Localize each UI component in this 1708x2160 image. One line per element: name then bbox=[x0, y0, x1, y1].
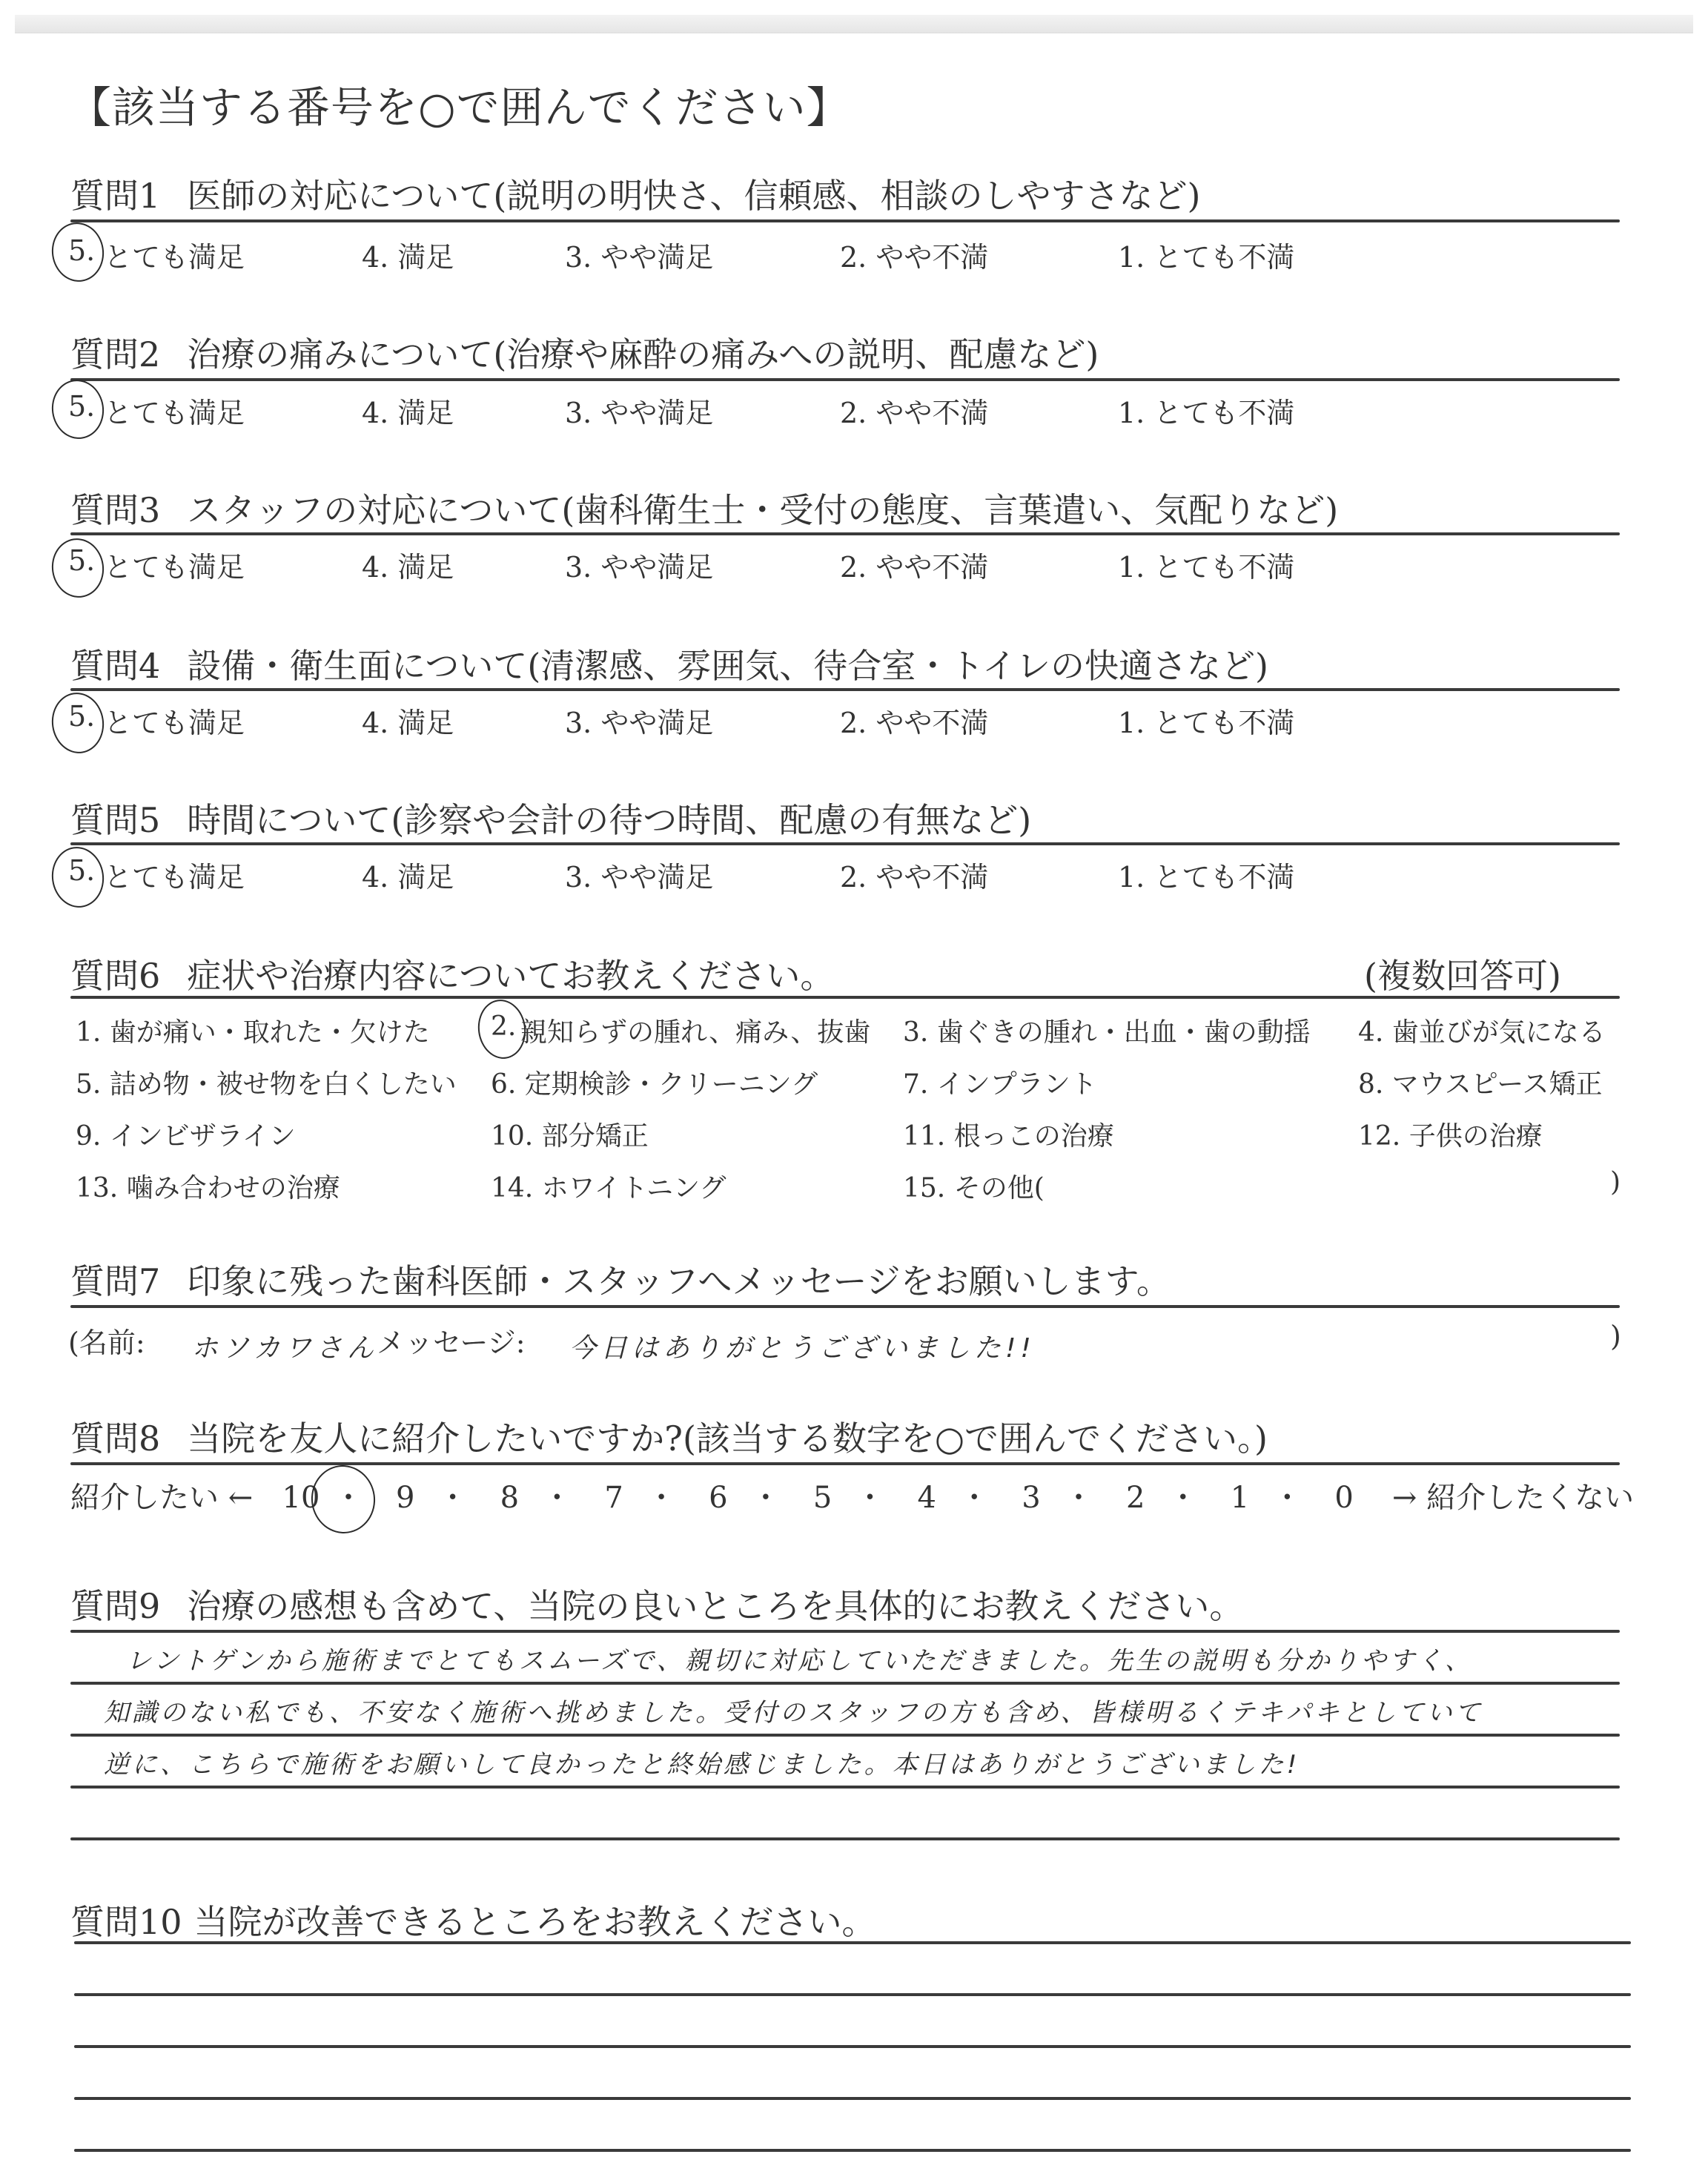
question-6-number: 質問6 bbox=[70, 956, 160, 996]
q1-option-2[interactable]: 2. やや不満 bbox=[840, 234, 988, 275]
answer-rule bbox=[70, 1682, 1620, 1685]
form-title: 【該当する番号を○で囲んでください】 bbox=[68, 73, 850, 135]
question-2-rule bbox=[70, 378, 1620, 381]
question-8-number: 質問8 bbox=[70, 1418, 160, 1459]
q6-option-7[interactable]: 7. インプラント bbox=[903, 1063, 1097, 1101]
multiple-answers-note: (複数回答可) bbox=[1364, 949, 1561, 998]
question-8-rule bbox=[70, 1462, 1620, 1465]
question-4-heading: 質問4設備・衛生面について(清潔感、雰囲気、待合室・トイレの快適さなど) bbox=[70, 639, 1268, 688]
question-3-text: スタッフの対応について(歯科衛生士・受付の態度、言葉遣い、気配りなど) bbox=[187, 490, 1338, 530]
q6-option-2-label[interactable]: 親知らずの腫れ、痛み、抜歯 bbox=[520, 1011, 870, 1049]
question-7-rule bbox=[70, 1305, 1620, 1308]
q5-option-2[interactable]: 2. やや不満 bbox=[840, 854, 988, 895]
answer-line-2: 知識のない私でも、不安なく施術へ挑めました。受付のスタッフの方も含め、皆様明るく… bbox=[104, 1692, 1483, 1728]
scale-separator: ・ bbox=[742, 1474, 790, 1516]
q6-option-2-number[interactable]: 2. bbox=[491, 1011, 516, 1042]
q2-option-4[interactable]: 4. 満足 bbox=[362, 390, 454, 431]
question-7-text: 印象に残った歯科医師・スタッフへメッセージをお願いします。 bbox=[187, 1261, 1171, 1301]
question-10-number: 質問10 bbox=[70, 1902, 182, 1942]
q6-option-9[interactable]: 9. インビザライン bbox=[76, 1115, 296, 1153]
question-3-number: 質問3 bbox=[70, 490, 160, 530]
scale-value-10[interactable]: 10 bbox=[277, 1481, 325, 1515]
scale-value-7[interactable]: 7 bbox=[590, 1481, 638, 1515]
q4-option-1[interactable]: 1. とても不満 bbox=[1118, 700, 1294, 741]
q6-option-4[interactable]: 4. 歯並びが気になる bbox=[1358, 1011, 1606, 1049]
scale-separator: ・ bbox=[638, 1474, 685, 1516]
question-10-heading: 質問10当院が改善できるところをお教えください。 bbox=[70, 1895, 876, 1944]
q6-option-6[interactable]: 6. 定期検診・クリーニング bbox=[491, 1063, 818, 1101]
question-6-rule bbox=[70, 996, 1620, 999]
question-7-number: 質問7 bbox=[70, 1261, 160, 1301]
q1-option-3[interactable]: 3. やや満足 bbox=[565, 234, 713, 275]
answer-rule bbox=[74, 2045, 1631, 2048]
question-4-rule bbox=[70, 688, 1620, 691]
answer-rule bbox=[74, 1941, 1631, 1944]
answer-rule bbox=[74, 2149, 1631, 2152]
q6-option-3[interactable]: 3. 歯ぐきの腫れ・出血・歯の動揺 bbox=[903, 1011, 1311, 1049]
q3-option-5-label[interactable]: とても満足 bbox=[104, 544, 245, 585]
q3-option-2[interactable]: 2. やや不満 bbox=[840, 544, 988, 585]
question-9-heading: 質問9治療の感想も含めて、当院の良いところを具体的にお教えください。 bbox=[70, 1579, 1243, 1628]
q5-option-5-number[interactable]: 5. bbox=[68, 854, 95, 887]
q3-option-5-number[interactable]: 5. bbox=[68, 544, 95, 577]
q4-option-5-number[interactable]: 5. bbox=[68, 700, 95, 733]
q2-option-5-number[interactable]: 5. bbox=[68, 390, 95, 423]
q4-option-2[interactable]: 2. やや不満 bbox=[840, 700, 988, 741]
name-label: (名前: bbox=[68, 1320, 145, 1361]
q6-option-12[interactable]: 12. 子供の治療 bbox=[1358, 1115, 1543, 1153]
q1-option-1[interactable]: 1. とても不満 bbox=[1118, 234, 1294, 275]
question-1-number: 質問1 bbox=[70, 176, 160, 216]
question-9-number: 質問9 bbox=[70, 1586, 160, 1626]
question-9-text: 治療の感想も含めて、当院の良いところを具体的にお教えください。 bbox=[187, 1586, 1243, 1626]
q2-option-3[interactable]: 3. やや満足 bbox=[565, 390, 713, 431]
answer-rule bbox=[70, 1837, 1620, 1840]
answer-line-3: 逆に、こちらで施術をお願いして良かったと終始感じました。本日はありがとうございま… bbox=[104, 1744, 1300, 1780]
q1-option-5-label[interactable]: とても満足 bbox=[104, 234, 245, 275]
q2-option-1[interactable]: 1. とても不満 bbox=[1118, 390, 1294, 431]
scale-left-label: 紹介したい ← bbox=[70, 1481, 253, 1515]
question-7-heading: 質問7印象に残った歯科医師・スタッフへメッセージをお願いします。 bbox=[70, 1255, 1171, 1304]
question-2-number: 質問2 bbox=[70, 334, 160, 374]
q5-option-1[interactable]: 1. とても不満 bbox=[1118, 854, 1294, 895]
answer-line-1: レントゲンから施術までとてもスムーズで、親切に対応していただきました。先生の説明… bbox=[126, 1640, 1473, 1677]
q2-option-2[interactable]: 2. やや不満 bbox=[840, 390, 988, 431]
q1-option-5-number[interactable]: 5. bbox=[68, 234, 95, 267]
answer-rule bbox=[70, 1786, 1620, 1789]
q2-option-5-label[interactable]: とても満足 bbox=[104, 390, 245, 431]
scale-value-6[interactable]: 6 bbox=[695, 1481, 742, 1515]
question-4-number: 質問4 bbox=[70, 646, 160, 686]
scale-right-label: → 紹介したくない bbox=[1392, 1481, 1634, 1515]
scale-separator: ・ bbox=[1159, 1474, 1207, 1516]
q3-option-4[interactable]: 4. 満足 bbox=[362, 544, 454, 585]
q6-option-13[interactable]: 13. 噛み合わせの治療 bbox=[76, 1167, 340, 1205]
question-6-text: 症状や治療内容についてお教えください。 bbox=[187, 956, 834, 996]
question-8-heading: 質問8当院を友人に紹介したいですか?(該当する数字を○で囲んでください。) bbox=[70, 1412, 1268, 1461]
question-8-text: 当院を友人に紹介したいですか?(該当する数字を○で囲んでください。) bbox=[187, 1418, 1268, 1459]
message-field[interactable]: 今日はありがとうございました!! bbox=[569, 1327, 1036, 1365]
scale-value-3[interactable]: 3 bbox=[1007, 1481, 1055, 1515]
q6-option-8[interactable]: 8. マウスピース矯正 bbox=[1358, 1063, 1602, 1101]
question-4-text: 設備・衛生面について(清潔感、雰囲気、待合室・トイレの快適さなど) bbox=[187, 646, 1268, 686]
q4-option-5-label[interactable]: とても満足 bbox=[104, 700, 245, 741]
scale-value-5[interactable]: 5 bbox=[799, 1481, 847, 1515]
q6-option-15[interactable]: 15. その他( bbox=[903, 1167, 1045, 1205]
q5-option-4[interactable]: 4. 満足 bbox=[362, 854, 454, 895]
question-2-heading: 質問2治療の痛みについて(治療や麻酔の痛みへの説明、配慮など) bbox=[70, 328, 1099, 377]
question-9-rule bbox=[70, 1630, 1620, 1633]
q3-option-3[interactable]: 3. やや満足 bbox=[565, 544, 713, 585]
q6-option-10[interactable]: 10. 部分矯正 bbox=[491, 1115, 649, 1153]
question-5-rule bbox=[70, 842, 1620, 845]
scale-value-0[interactable]: 0 bbox=[1320, 1481, 1368, 1515]
message-label: メッセージ: bbox=[377, 1320, 526, 1361]
scale-separator: ・ bbox=[325, 1474, 372, 1516]
message-close-paren: ) bbox=[1610, 1320, 1621, 1353]
q3-option-1[interactable]: 1. とても不満 bbox=[1118, 544, 1294, 585]
question-1-text: 医師の対応について(説明の明快さ、信頼感、相談のしやすさなど) bbox=[187, 176, 1200, 216]
question-5-text: 時間について(診察や会計の待つ時間、配慮の有無など) bbox=[187, 800, 1031, 840]
q6-other-close-paren: ) bbox=[1610, 1167, 1621, 1198]
q6-option-1[interactable]: 1. 歯が痛い・取れた・欠けた bbox=[76, 1011, 430, 1049]
scale-separator: ・ bbox=[1263, 1474, 1311, 1516]
question-6-heading: 質問6症状や治療内容についてお教えください。 bbox=[70, 949, 834, 998]
question-5-heading: 質問5時間について(診察や会計の待つ時間、配慮の有無など) bbox=[70, 793, 1031, 842]
scale-value-1[interactable]: 1 bbox=[1216, 1481, 1263, 1515]
question-10-text: 当院が改善できるところをお教えください。 bbox=[194, 1902, 876, 1942]
question-2-text: 治療の痛みについて(治療や麻酔の痛みへの説明、配慮など) bbox=[187, 334, 1099, 374]
question-3-rule bbox=[70, 532, 1620, 535]
answer-rule bbox=[70, 1734, 1620, 1737]
scale-value-9[interactable]: 9 bbox=[382, 1481, 429, 1515]
scale-value-2[interactable]: 2 bbox=[1112, 1481, 1159, 1515]
scale-separator: ・ bbox=[1055, 1474, 1102, 1516]
q5-option-5-label[interactable]: とても満足 bbox=[104, 854, 245, 895]
name-field[interactable]: ホソカワさん bbox=[191, 1327, 378, 1365]
q4-option-3[interactable]: 3. やや満足 bbox=[565, 700, 713, 741]
scale-value-4[interactable]: 4 bbox=[903, 1481, 950, 1515]
recommend-scale: 紹介したい ← 10・ 9・ 8・ 7・ 6・ 5・ 4・ 3・ 2・ 1・ 0… bbox=[70, 1474, 1634, 1516]
question-1-heading: 質問1医師の対応について(説明の明快さ、信頼感、相談のしやすさなど) bbox=[70, 169, 1200, 218]
q4-option-4[interactable]: 4. 満足 bbox=[362, 700, 454, 741]
answer-rule bbox=[74, 2097, 1631, 2100]
q6-option-11[interactable]: 11. 根っこの治療 bbox=[903, 1115, 1114, 1153]
q5-option-3[interactable]: 3. やや満足 bbox=[565, 854, 713, 895]
question-1-rule bbox=[70, 219, 1620, 222]
question-3-heading: 質問3スタッフの対応について(歯科衛生士・受付の態度、言葉遣い、気配りなど) bbox=[70, 483, 1338, 532]
scale-separator: ・ bbox=[533, 1474, 580, 1516]
scale-value-8[interactable]: 8 bbox=[486, 1481, 533, 1515]
scale-separator: ・ bbox=[950, 1474, 998, 1516]
question-5-number: 質問5 bbox=[70, 800, 160, 840]
scale-separator: ・ bbox=[847, 1474, 894, 1516]
q6-option-5[interactable]: 5. 詰め物・被せ物を白くしたい bbox=[76, 1063, 457, 1101]
answer-rule bbox=[74, 1993, 1631, 1996]
q1-option-4[interactable]: 4. 満足 bbox=[362, 234, 454, 275]
scale-separator: ・ bbox=[429, 1474, 477, 1516]
q6-option-14[interactable]: 14. ホワイトニング bbox=[491, 1167, 726, 1205]
scan-top-edge bbox=[15, 15, 1693, 33]
